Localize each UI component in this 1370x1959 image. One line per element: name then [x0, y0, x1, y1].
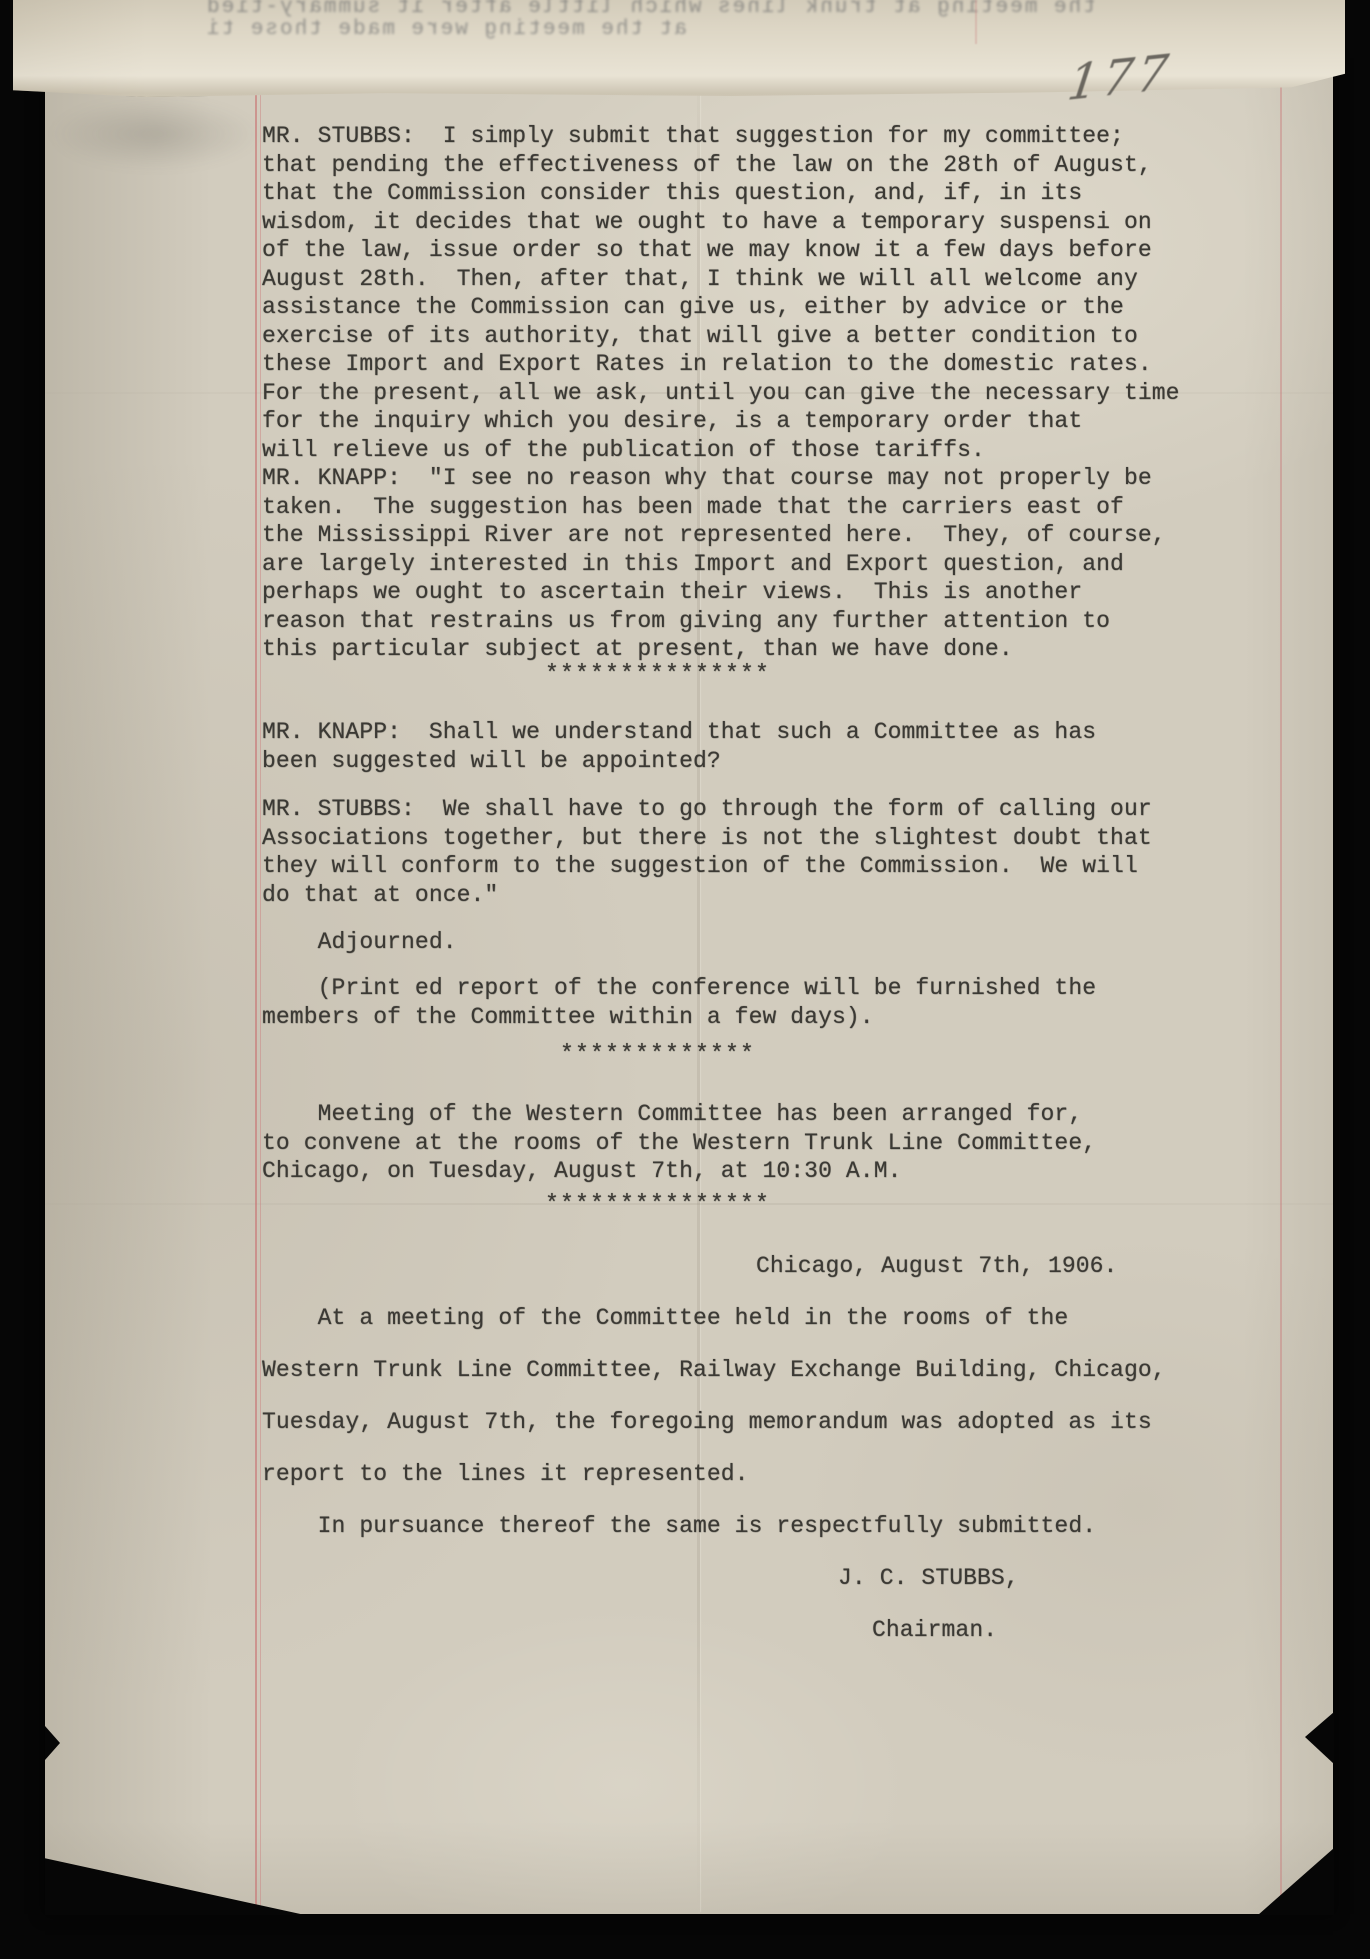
bleedthrough-text-line-2: at the meeting were made those ti — [205, 18, 687, 41]
adjourned-note: Adjourned. — [262, 928, 457, 957]
pursuance-line: In pursuance thereof the same is respect… — [262, 1512, 1096, 1541]
paragraph-knapp-2: MR. KNAPP: Shall we understand that such… — [262, 718, 1096, 775]
dateline: Chicago, August 7th, 1906. — [756, 1252, 1117, 1281]
signature-title: Chairman. — [872, 1616, 997, 1645]
adoption-paragraph: At a meeting of the Committee held in th… — [262, 1292, 1166, 1500]
margin-rule-left-inner — [260, 60, 262, 1914]
margin-rule-left-outer — [255, 60, 257, 1914]
signature-name: J. C. STUBBS, — [838, 1564, 1019, 1593]
printed-report-note: (Print ed report of the conference will … — [262, 974, 1096, 1031]
asterisk-separator-1: *************** — [545, 660, 770, 689]
bleedthrough-text-line-1: the meeting at trunk lines which little … — [205, 0, 1096, 19]
asterisk-separator-2: ************* — [560, 1040, 755, 1069]
paper-smudge — [50, 98, 260, 170]
margin-rule-right — [1280, 60, 1282, 1914]
paragraph-knapp-1: MR. KNAPP: "I see no reason why that cou… — [262, 464, 1166, 664]
paragraph-stubbs-1: MR. STUBBS: I simply submit that suggest… — [262, 122, 1180, 464]
page-number-annotation: 177 — [1064, 44, 1175, 112]
bleedthrough-rule-mark — [975, 0, 977, 44]
paragraph-stubbs-2: MR. STUBBS: We shall have to go through … — [262, 795, 1152, 909]
scanned-document-scene: the meeting at trunk lines which little … — [0, 0, 1370, 1959]
asterisk-separator-3: *************** — [545, 1190, 770, 1219]
western-meeting-note: Meeting of the Western Committee has bee… — [262, 1100, 1096, 1186]
